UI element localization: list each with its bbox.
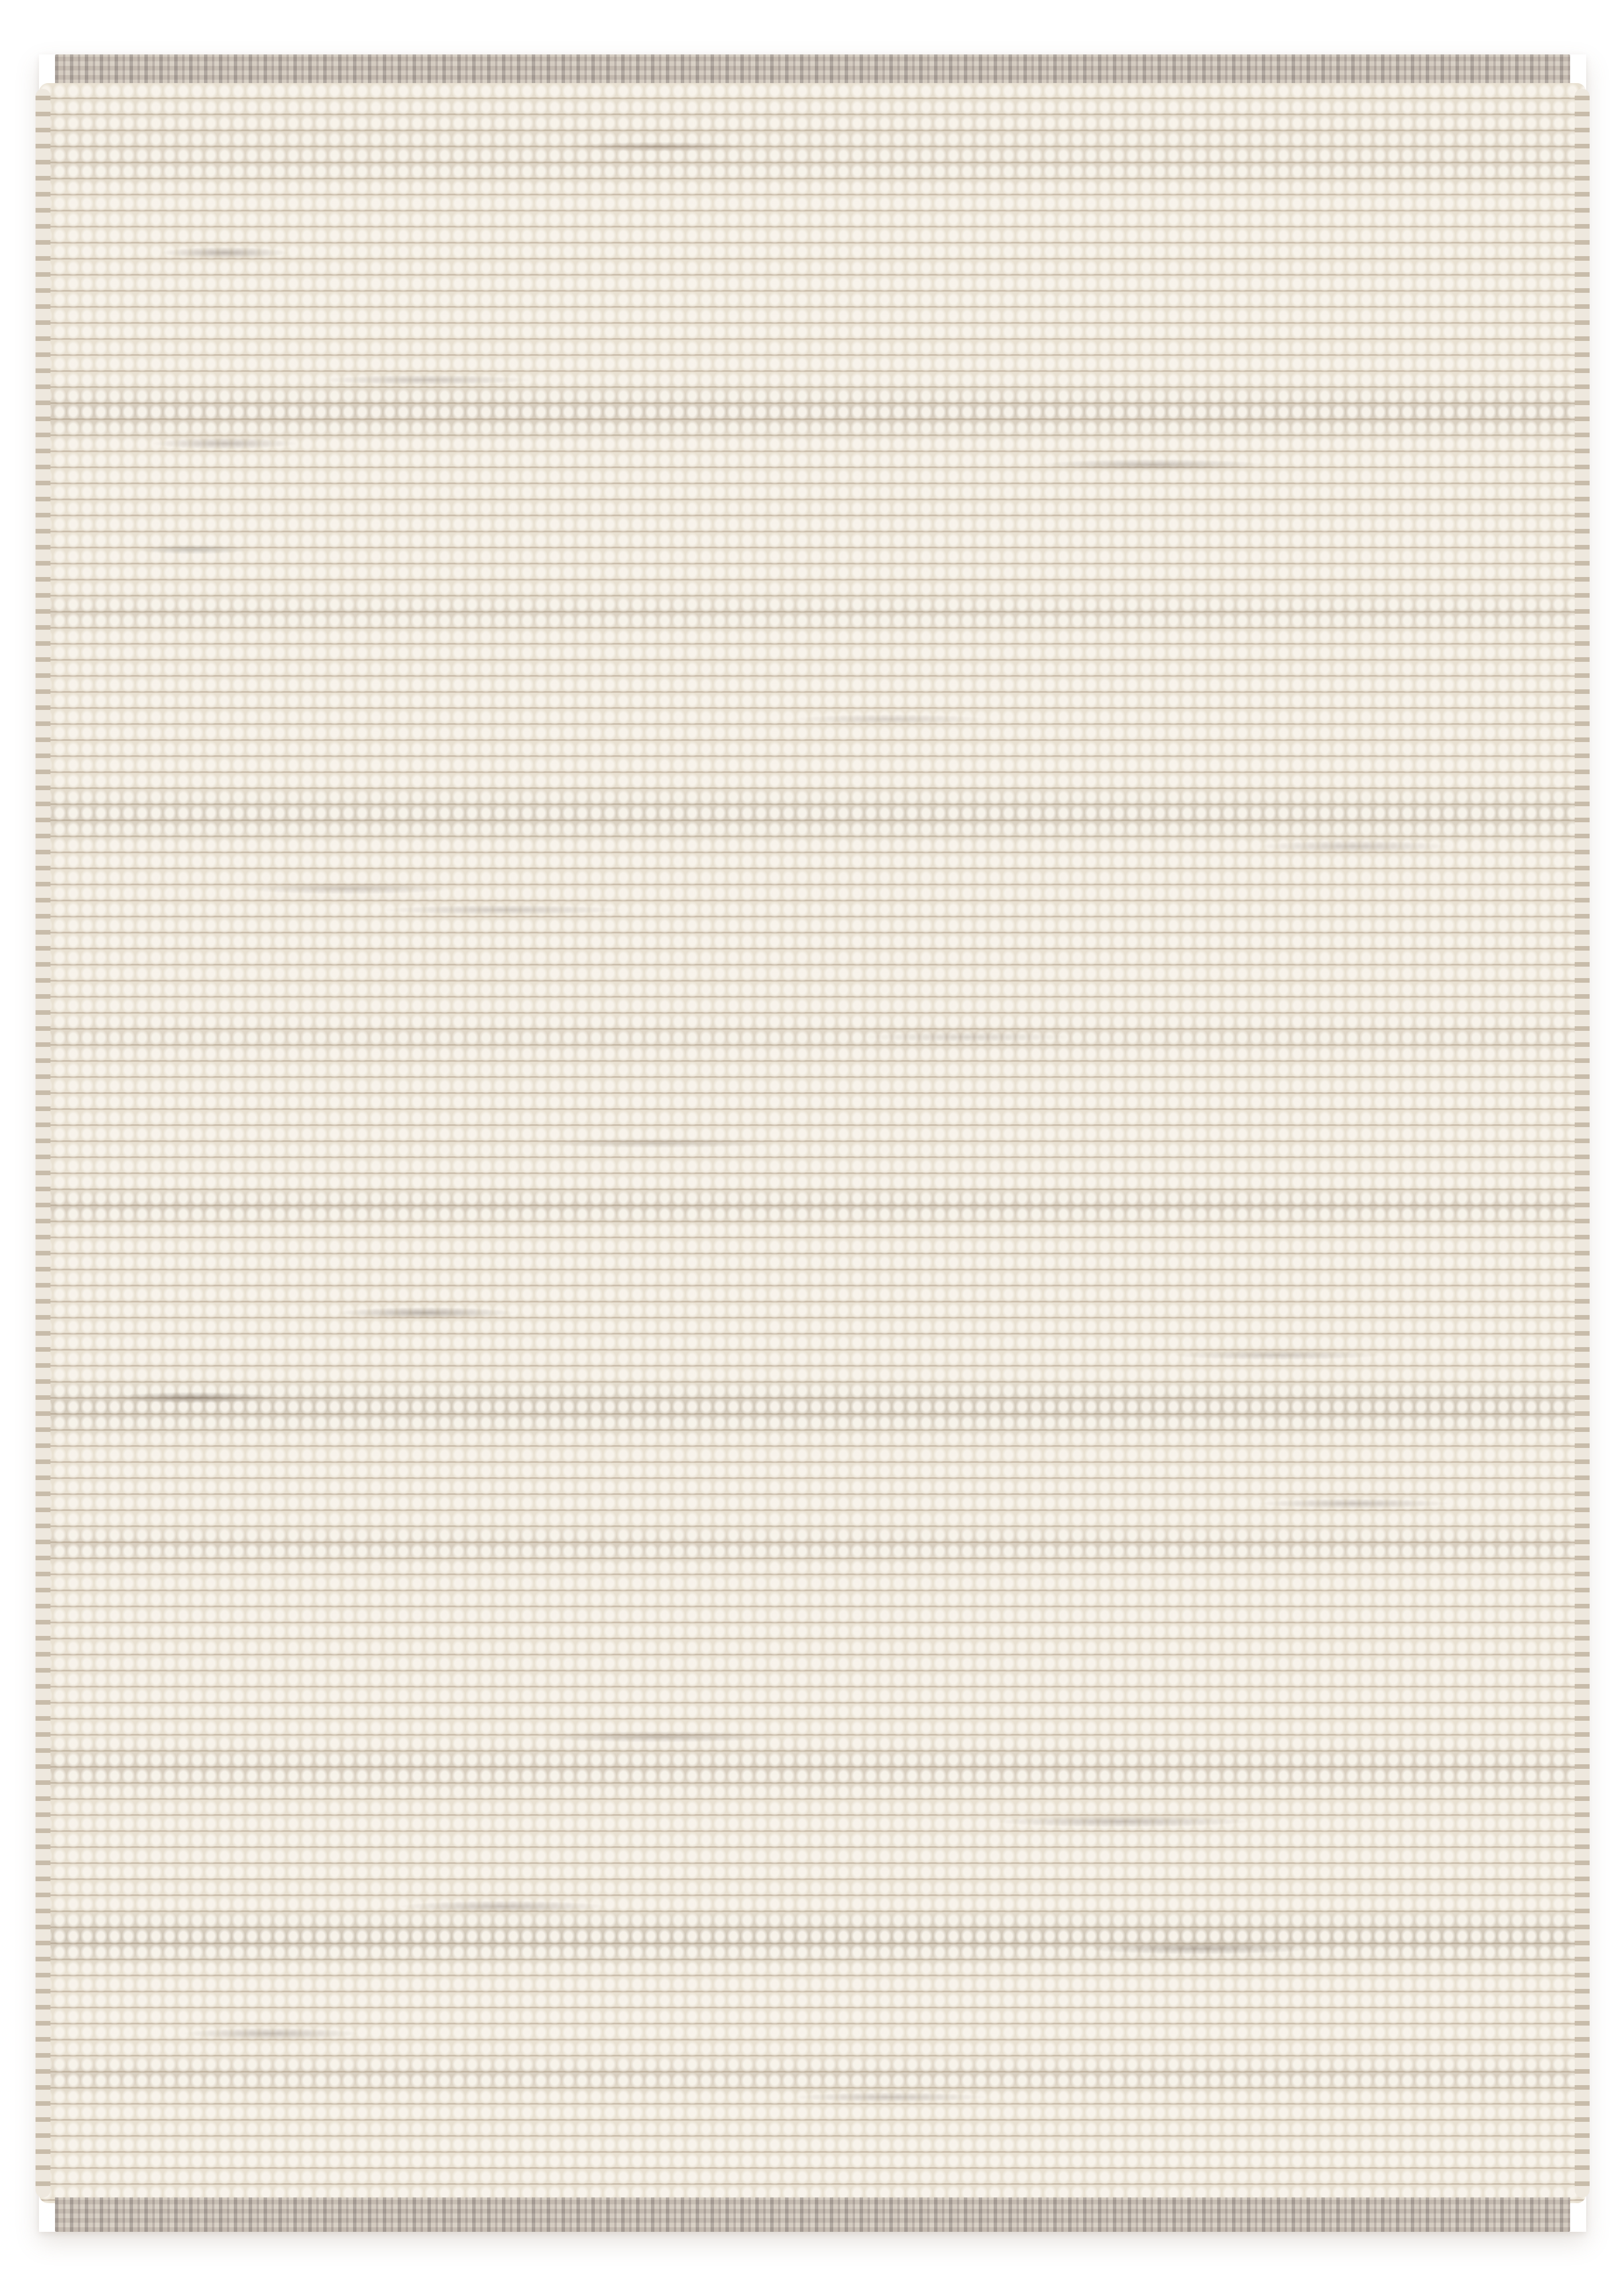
rug xyxy=(39,54,1586,2232)
bottom-end-band xyxy=(55,2197,1570,2232)
right-selvedge xyxy=(1575,89,1590,2197)
left-selvedge xyxy=(36,89,50,2197)
product-photo xyxy=(0,0,1624,2292)
rug-weave-body xyxy=(39,83,1586,2203)
